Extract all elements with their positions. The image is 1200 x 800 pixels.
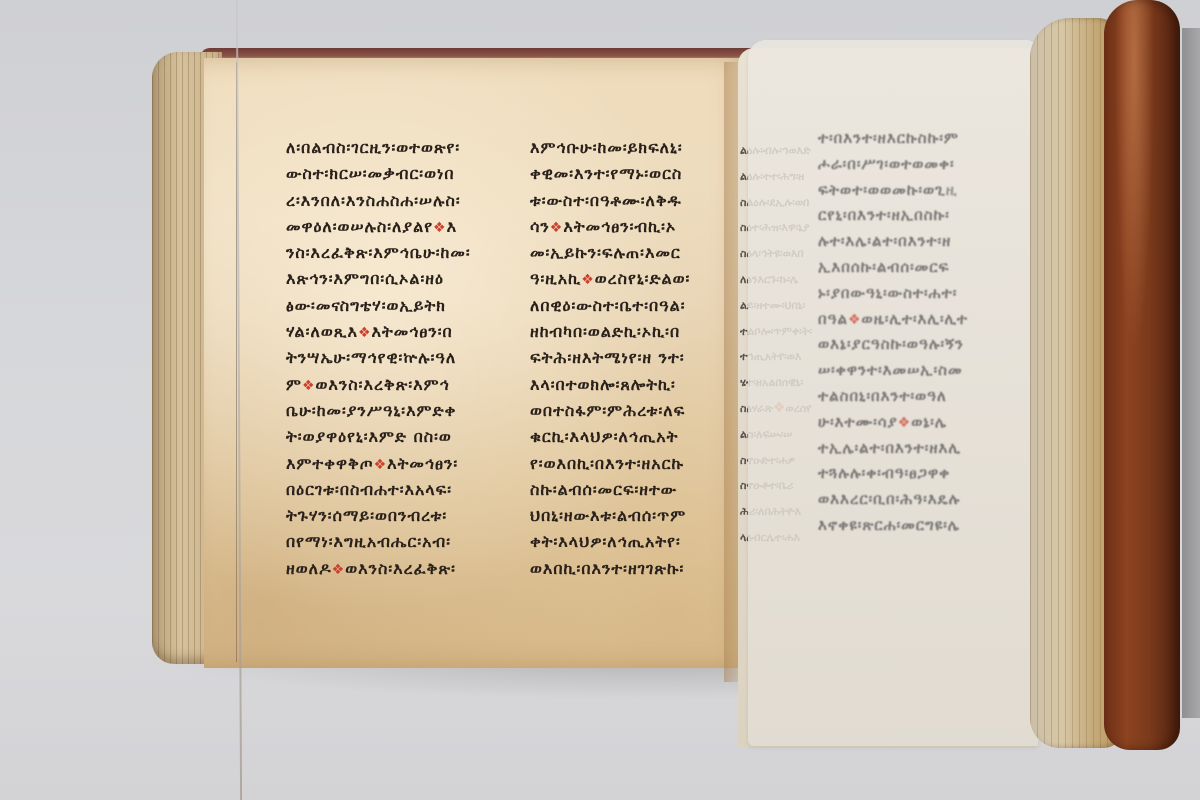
- manuscript-line: ኑ፡ያበውዓኒ፡ውስተ፡ሐተ፡: [818, 281, 968, 307]
- manuscript-line: ሳን❖እትመኅፀን፡ብኪ፡ኦ: [530, 214, 690, 240]
- manuscript-line: በዕርገቱ፡በስብሐተ፡እአላፍ፡: [286, 477, 471, 503]
- rubric-cross-mark: ❖: [581, 272, 595, 288]
- manuscript-line: በዓል❖ወዜ፡ሊተ፡እሊ፡ሊተ: [818, 307, 968, 333]
- rubric-cross-mark: ❖: [550, 220, 564, 236]
- manuscript-line: የ፡ወእበኪ፡በእንተ፡ዘአርኩ: [530, 451, 690, 477]
- manuscript-line: ውስተ፡ክርሠ፡መቃብር፡ወነበ: [286, 161, 471, 187]
- manuscript-line: ንስ፡እረፈቅጽ፡እምኅቤሁ፡ከመ፡: [286, 240, 471, 266]
- manuscript-line: ኢእበሰኩ፡ልብሰ፡መርፍ: [818, 255, 968, 281]
- left-page-column-2: እምኅቡሁ፡ከመ፡ይክፍለኒ፡ቀዊመ፡እንተ፡የማኑ፡ወርስቱ፡ውስተ፡በዓቶሙ…: [530, 135, 690, 582]
- manuscript-line: ት፡ወያዋዕየኒ፡እምድ በስ፡ወ: [286, 424, 471, 450]
- manuscript-line: እኖቀዩ፡ጽርሐ፡መርግዩ፡ሌ: [818, 513, 968, 539]
- manuscript-line: ወእበኪ፡በእንተ፡ዘገገጽኩ፡: [530, 556, 690, 582]
- manuscript-line: ዘወለዶ❖ወእንስ፡እረፈቅጽ፡: [286, 556, 471, 582]
- manuscript-line: ወበተስፋም፡ምሕረቱ፡ለፍ: [530, 398, 690, 424]
- manuscript-line: ቱ፡ውስተ፡በዓቶሙ፡ለቅዱ: [530, 188, 690, 214]
- leather-cover-board: [1104, 0, 1180, 750]
- manuscript-line: ለ፡በልብስ፡ገርዚን፡ወተወጽየ፡: [286, 135, 471, 161]
- manuscript-line: ሖራ፡በ፡ሥገ፡ወተወመቀ፡: [818, 152, 968, 178]
- manuscript-line: ረ፡እንበለ፡እንስሐስሐ፡ሠሉስ፡: [286, 188, 471, 214]
- manuscript-line: ስኩ፡ልብሰ፡መርፍ፡ዘተው: [530, 477, 690, 503]
- manuscript-line: ፅው፡መናስግቴሃ፡ወኢይትክ: [286, 293, 471, 319]
- manuscript-line: ተልስበኒ፡በእንተ፡ወዓለ: [818, 384, 968, 410]
- manuscript-line: ም❖ወእንስ፡እረቅጽ፡እምኅ: [286, 372, 471, 398]
- manuscript-line: እምኅቡሁ፡ከመ፡ይክፍለኒ፡: [530, 135, 690, 161]
- rubric-cross-mark: ❖: [302, 378, 316, 394]
- manuscript-line: ፍትሕ፡ዘእትሜነየ፡ዘ ንተ፡: [530, 345, 690, 371]
- manuscript-line: ወእኔ፡ያርዓስኩ፡ወዓሉ፡ኝን: [818, 332, 968, 358]
- manuscript-line: ተጓሉሉ፡ቀ፡ብዓ፡ፀጋዋቀ: [818, 461, 968, 487]
- rubric-cross-mark: ❖: [433, 220, 447, 236]
- manuscript-line: ሉተ፡እሌ፡ልተ፡በእንተ፡ዘ: [818, 229, 968, 255]
- manuscript-line: ትጉሃን፡ሰማይ፡ወበንብረቱ፡: [286, 503, 471, 529]
- manuscript-line: መዋዕለ፡ወሠሉስ፡ለያልየ❖እ: [286, 214, 471, 240]
- manuscript-line: እጽኅን፡እምግበ፡ሲኦል፡ዘዕ: [286, 266, 471, 292]
- manuscript-line: ወእእረር፡ቢበ፡ሕዓ፡እዴሉ: [818, 487, 968, 513]
- manuscript-line: ሁ፡እተሙ፡ሳያ❖ወኔ፡ሌ: [818, 410, 968, 436]
- manuscript-line: ለበዊዕ፡ውስተ፡ቤተ፡በዓል፡: [530, 293, 690, 319]
- right-page-outer-column: ተ፡በእንተ፡ዘእርኩስኩ፡ምሖራ፡በ፡ሥገ፡ወተወመቀ፡ፍትወተ፡ወወመኩ፡ወ…: [818, 126, 968, 539]
- manuscript-line: ፍትወተ፡ወወመኩ፡ወጊዚ: [818, 178, 968, 204]
- manuscript-line: ቀዊመ፡እንተ፡የማኑ፡ወርስ: [530, 161, 690, 187]
- manuscript-line: ተ፡በእንተ፡ዘእርኩስኩ፡ም: [818, 126, 968, 152]
- manuscript-line: ትንሣኤሁ፡ማኅየዊ፡ኵሉ፡ዓለ: [286, 345, 471, 371]
- rubric-cross-mark: ❖: [332, 562, 346, 578]
- rubric-cross-mark: ❖: [374, 457, 388, 473]
- manuscript-line: በየማነ፡እግዚአብሔር፡አብ፡: [286, 529, 471, 555]
- manuscript-line: ዘከብካበ፡ወልድኪ፡ኦኪ፡በ: [530, 319, 690, 345]
- display-stand: [1182, 28, 1200, 718]
- manuscript-line: ቀት፡እላህዎ፡ለኅጢአትየ፡: [530, 529, 690, 555]
- manuscript-line: ርየኒ፡በእንተ፡ዘኢበስኩ፡: [818, 203, 968, 229]
- manuscript-line: ተኢሌ፡ልተ፡በእንተ፡ዘእሊ: [818, 436, 968, 462]
- manuscript-line: ህበኒ፡ዘውእቱ፡ልብሰ፡ጥም: [530, 503, 690, 529]
- manuscript-line: ዓ፡ዚአኪ❖ወረስየኒ፡ድልወ፡: [530, 266, 690, 292]
- rubric-cross-mark: ❖: [358, 325, 372, 341]
- manuscript-line: ቁርኪ፡እላህዎ፡ለኅጢአት: [530, 424, 690, 450]
- manuscript-line: መ፡ኢይኩን፡ፍሉጠ፡እመር: [530, 240, 690, 266]
- manuscript-line: እላ፡በተወክሎ፡ጸሎትኪ፡: [530, 372, 690, 398]
- rubric-cross-mark: ❖: [898, 415, 912, 431]
- manuscript-line: ሃል፡ለወጺእ❖እትመኅፀን፡በ: [286, 319, 471, 345]
- left-page-column-1: ለ፡በልብስ፡ገርዚን፡ወተወጽየ፡ውስተ፡ክርሠ፡መቃብር፡ወነበረ፡እንበለ…: [286, 135, 471, 582]
- manuscript-line: ቤሁ፡ከመ፡ያንሥዓኒ፡እምድቀ: [286, 398, 471, 424]
- manuscript-line: እምተቀዋቅጦ❖እትመኅፀን፡: [286, 451, 471, 477]
- manuscript-line: ሠ፡ቀዋንተ፡እመሠኢ፡ስመ: [818, 358, 968, 384]
- rubric-cross-mark: ❖: [848, 312, 862, 328]
